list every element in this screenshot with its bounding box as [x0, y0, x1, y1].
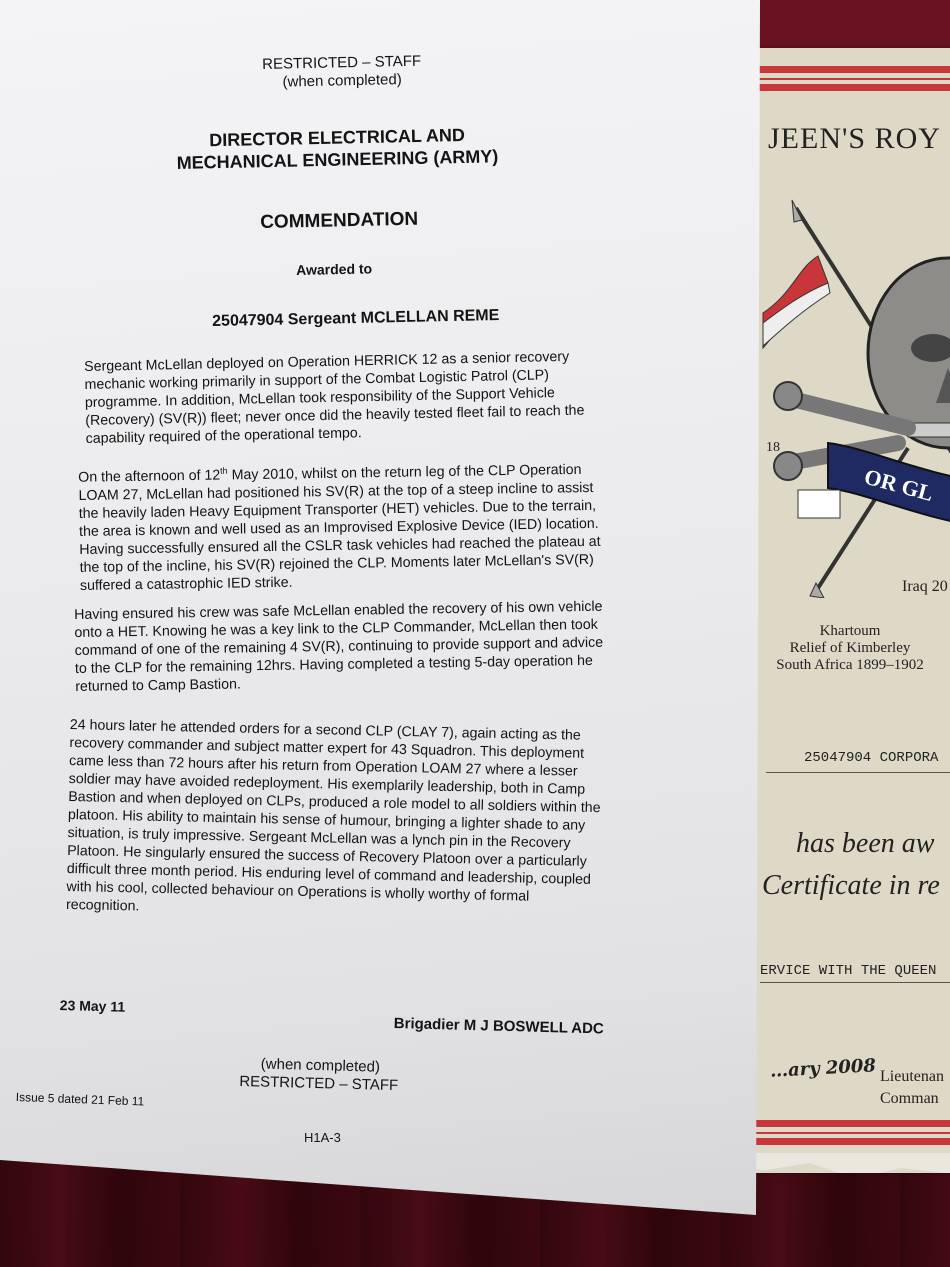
battle-honour: 18	[766, 440, 780, 456]
top-stripe	[740, 84, 950, 91]
classification-header: RESTRICTED – STAFF (when completed)	[262, 53, 422, 92]
citation-paragraph: Having ensured his crew was safe McLella…	[74, 597, 655, 696]
torn-edge	[740, 1153, 950, 1173]
certificate-recipient: 25047904 CORPORA	[804, 750, 938, 766]
certificate-script-line: has been aw	[796, 828, 934, 860]
battle-honour: South Africa 1899–1902	[750, 657, 950, 674]
battle-honour: Iraq 20	[902, 578, 948, 596]
handwritten-date: …ary 2008	[770, 1055, 877, 1082]
certificate-heading: JEEN'S ROY	[768, 122, 941, 156]
signatory: Brigadier M J BOSWELL ADC	[394, 1015, 604, 1037]
signatory-rank: Lieutenan	[880, 1066, 944, 1088]
top-stripe	[740, 78, 950, 80]
divider	[766, 772, 950, 773]
document-title: COMMENDATION	[260, 209, 418, 234]
signatory-role: Comman	[880, 1088, 944, 1110]
classification-footer: (when completed) RESTRICTED – STAFF	[239, 1055, 399, 1095]
citation-paragraph: 24 hours later he attended orders for a …	[66, 716, 650, 926]
top-stripe	[740, 66, 950, 73]
bottom-stripe	[740, 1120, 950, 1127]
battle-honour: Khartoum	[750, 623, 950, 640]
certificate-service-line: ERVICE WITH THE QUEEN	[760, 963, 936, 979]
citation-paragraph: On the afternoon of 12th May 2010, whils…	[78, 455, 660, 595]
battle-honour: Relief of Kimberley	[750, 640, 950, 657]
battle-honours-list: Khartoum Relief of Kimberley South Afric…	[750, 623, 950, 674]
commendation-date: 23 May 11	[60, 997, 126, 1015]
issue-note: Issue 5 dated 21 Feb 11	[16, 1090, 145, 1108]
issuing-organisation: DIRECTOR ELECTRICAL AND MECHANICAL ENGIN…	[176, 123, 499, 174]
skull-and-crossbones-crest-icon: OR GL	[758, 198, 950, 598]
commendation-document: RESTRICTED – STAFF (when completed) DIRE…	[0, 0, 760, 1215]
citation-paragraph: Sergeant McLellan deployed on Operation …	[84, 346, 666, 448]
certificate-script-line: Certificate in re	[762, 870, 940, 902]
awarded-to-label: Awarded to	[296, 260, 372, 278]
bottom-stripe	[740, 1132, 950, 1134]
form-reference: H1A-3	[304, 1130, 341, 1145]
certificate-signatory: Lieutenan Comman	[880, 1066, 944, 1110]
regimental-certificate: JEEN'S ROY OR GL 18 Iraq 20 Khartoum Rel…	[740, 48, 950, 1173]
divider	[760, 982, 950, 983]
bottom-stripe	[740, 1138, 950, 1145]
recipient-name: 25047904 Sergeant MCLELLAN REME	[212, 307, 500, 331]
